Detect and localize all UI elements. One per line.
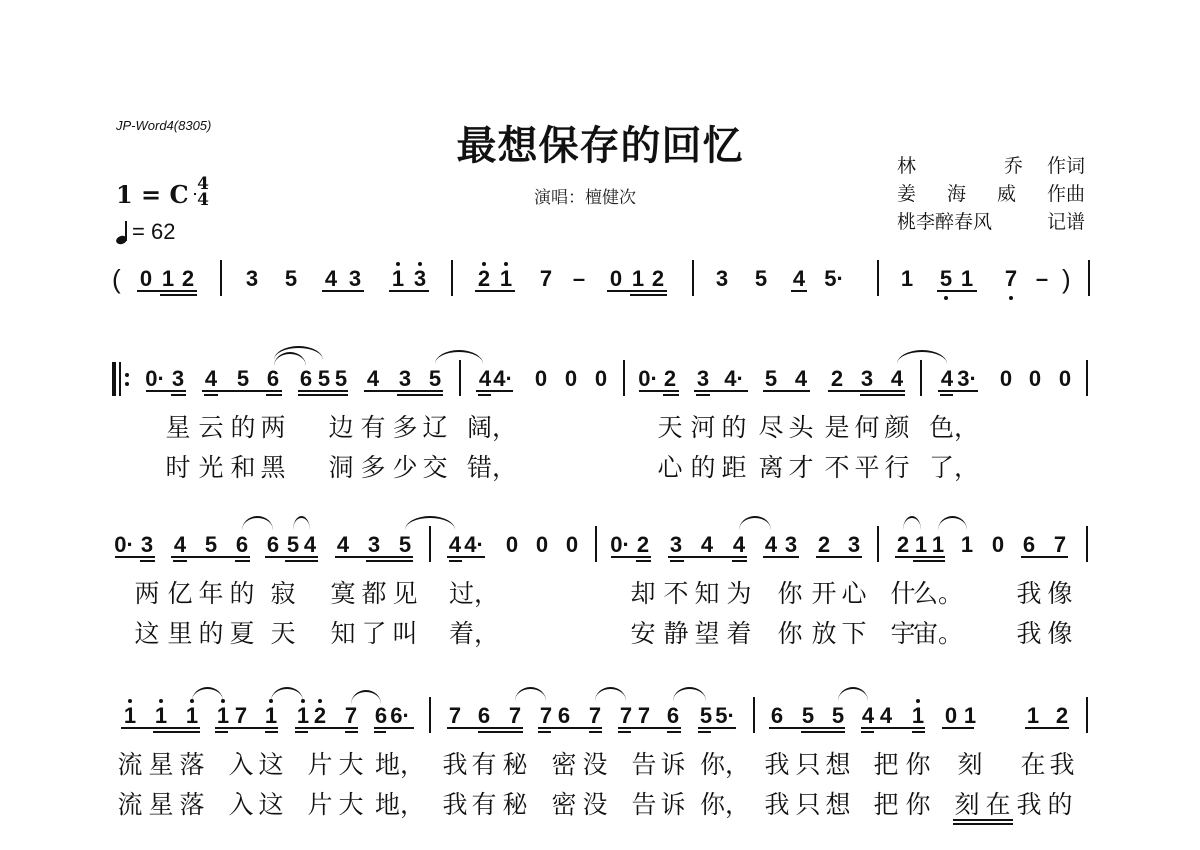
lyric-char: 下 [841, 614, 866, 650]
note: 6 [558, 705, 570, 727]
note: 5· [824, 268, 844, 290]
underline-beam [397, 394, 443, 396]
underline-beam [449, 560, 462, 562]
lyric-char: 色， [929, 408, 979, 444]
lyric-char: 把 [873, 785, 898, 821]
underline-beam [618, 727, 681, 729]
note: 5 [429, 368, 441, 390]
lyric-char: 像 [1047, 614, 1072, 650]
lyric-char: 望 [694, 614, 719, 650]
lyric-char: 我 [1049, 745, 1074, 781]
note: 5 [765, 368, 777, 390]
underline-beam [137, 290, 197, 292]
lyric-char: 诉 [660, 785, 685, 821]
note: 4 [891, 368, 903, 390]
barline [429, 697, 431, 733]
lyric-char: 告 [631, 785, 656, 821]
underline-beam [447, 556, 485, 558]
lyricist-role: 作词 [1047, 152, 1085, 180]
barline [877, 526, 879, 562]
note: 6 [267, 368, 279, 390]
underline-beam [476, 390, 513, 392]
note: – [573, 268, 585, 290]
note: 0· [145, 368, 165, 390]
lyric-char: 都 [361, 574, 386, 610]
lyric-char: 放 [811, 614, 836, 650]
note: 1 [932, 534, 944, 556]
barline [595, 526, 597, 562]
note: 0 [992, 534, 1004, 556]
underline-beam [913, 560, 945, 562]
note: 2 [314, 705, 326, 727]
underline-beam [589, 731, 602, 733]
underline-beam [763, 390, 810, 392]
underline-beam [937, 290, 977, 292]
underline-beam [538, 731, 551, 733]
barline [623, 360, 625, 396]
note: 0 [1059, 368, 1071, 390]
underline-beam [171, 556, 250, 558]
note: 6 [1023, 534, 1035, 556]
lyric-char: 有 [471, 745, 496, 781]
tie-slur [938, 516, 967, 530]
underline-beam [668, 556, 747, 558]
note: 4· [464, 534, 484, 556]
note: 4· [493, 368, 513, 390]
tempo-marking: = 62 [116, 219, 175, 245]
lyric-char: 亿 [167, 574, 192, 610]
tie-slur [293, 516, 310, 530]
note: 4 [701, 534, 713, 556]
lyric-char: 了 [361, 614, 386, 650]
underline-beam [265, 731, 278, 733]
note: 3 [246, 268, 258, 290]
lyric-char: 秘 [502, 745, 527, 781]
tie-slur [595, 687, 626, 701]
underline-beam [335, 556, 413, 558]
lyric-char: 寂 [270, 574, 295, 610]
lyric-underline [953, 823, 1013, 825]
underline-beam [801, 731, 845, 733]
lyric-char: 的 [198, 614, 223, 650]
underline-beam [215, 727, 278, 729]
lyric-char: 大 [338, 745, 363, 781]
lyric-char: 没 [582, 785, 607, 821]
note: 7 [235, 705, 247, 727]
lyric-char: 这 [258, 785, 283, 821]
underline-beam [121, 727, 200, 729]
underline-beam [861, 727, 925, 729]
underline-beam [636, 560, 651, 562]
note: 1 [265, 705, 277, 727]
underline-beam [298, 394, 348, 396]
note: 6 [667, 705, 679, 727]
note: 3· [957, 368, 977, 390]
lyric-char: 时 [165, 448, 190, 484]
barline [1086, 360, 1088, 396]
note: 6 [478, 705, 490, 727]
barline [877, 260, 879, 296]
lyric-char: 多 [360, 448, 385, 484]
lyric-char: 却 [630, 574, 655, 610]
underline-beam [295, 727, 358, 729]
composer-role: 作曲 [1047, 180, 1085, 208]
lyric-char: 里 [167, 614, 192, 650]
note: 6 [771, 705, 783, 727]
octave-down-dot [944, 296, 948, 300]
note: 5 [237, 368, 249, 390]
note: 3 [670, 534, 682, 556]
note: 2 [831, 368, 843, 390]
lyric-char: 秘 [502, 785, 527, 821]
underline-beam [140, 560, 155, 562]
lyric-char: 两 [134, 574, 159, 610]
note: 0 [1029, 368, 1041, 390]
lyric-char: 见 [392, 574, 417, 610]
barline [1088, 260, 1090, 296]
note: 4 [941, 368, 953, 390]
lyric-char: 的 [690, 448, 715, 484]
underline-beam [696, 394, 710, 396]
note: 4 [449, 534, 461, 556]
underline-beam [940, 394, 953, 396]
barline [451, 260, 453, 296]
lyric-char: 知 [330, 614, 355, 650]
note: 7 [509, 705, 521, 727]
note: 7 [589, 705, 601, 727]
lyric-char: 为 [726, 574, 751, 610]
underline-beam [235, 560, 250, 562]
underline-beam [322, 290, 364, 292]
lyric-char: 密 [551, 785, 576, 821]
octave-up-dot [916, 699, 920, 703]
note: 2 [182, 268, 194, 290]
lyric-char: 落 [179, 785, 204, 821]
underline-beam [791, 290, 807, 292]
barline [1086, 526, 1088, 562]
lyric-char: 星 [148, 745, 173, 781]
underline-beam [828, 390, 905, 392]
lyric-char: 洞 [328, 448, 353, 484]
lyric-char: 距 [721, 448, 746, 484]
note: 3 [172, 368, 184, 390]
note: 7 [540, 705, 552, 727]
lyric-char: 静 [663, 614, 688, 650]
lyric-char: 星 [148, 785, 173, 821]
lyric-char: 交 [422, 448, 447, 484]
lyric-char: 么。 [913, 574, 963, 610]
note: 2 [1056, 705, 1068, 727]
note: 1 [217, 705, 229, 727]
lyric-char: 你， [700, 745, 750, 781]
lyric-char: 地， [375, 745, 425, 781]
note: 2 [652, 268, 664, 290]
lyric-char: 你 [777, 574, 802, 610]
barline [692, 260, 694, 296]
note: 5 [832, 705, 844, 727]
tie-slur [435, 350, 483, 364]
note: 1 [961, 268, 973, 290]
note: 0· [610, 534, 630, 556]
lyric-char: 我 [442, 745, 467, 781]
lyric-char: 平 [854, 448, 879, 484]
note: 4 [733, 534, 745, 556]
lyric-char: 辽 [422, 408, 447, 444]
tie-slur [351, 690, 381, 704]
underline-beam [860, 394, 905, 396]
lyric-char: 河 [690, 408, 715, 444]
underline-beam [160, 294, 197, 296]
lyric-char: 的 [229, 574, 254, 610]
composer-name-2: 海 [947, 180, 966, 208]
note: 5 [399, 534, 411, 556]
lyric-char: 把 [873, 745, 898, 781]
composer-credit: 姜 海 威 作曲 [897, 180, 1085, 208]
note: 2 [818, 534, 830, 556]
underline-beam [732, 560, 747, 562]
note: 0 [595, 368, 607, 390]
underline-beam [618, 731, 631, 733]
octave-up-dot [482, 262, 486, 266]
underline-beam [861, 731, 874, 733]
note: 6 [375, 705, 387, 727]
underline-beam [667, 731, 681, 733]
lyric-char: 何 [854, 408, 879, 444]
note: 7 [345, 705, 357, 727]
underline-beam [202, 390, 282, 392]
note: 5 [700, 705, 712, 727]
lyric-char: 云 [198, 408, 223, 444]
note: 4 [205, 368, 217, 390]
lyric-char: 着 [726, 614, 751, 650]
tie-slur [405, 516, 455, 530]
note: 5 [755, 268, 767, 290]
underline-beam [146, 390, 186, 392]
lyric-char: 和 [230, 448, 255, 484]
note: 3 [848, 534, 860, 556]
tie-slur [271, 687, 303, 701]
lyric-char: 离 [758, 448, 783, 484]
lyric-char: 你 [905, 745, 930, 781]
lyric-char: 片 [307, 745, 332, 781]
underline-beam [215, 731, 228, 733]
lyric-char: 颜 [884, 408, 909, 444]
lyric-char: 我 [764, 785, 789, 821]
underline-beam [266, 394, 282, 396]
lyric-char: 年 [198, 574, 223, 610]
lyric-char: 入 [228, 745, 253, 781]
note: 0· [114, 534, 134, 556]
note: 1 [632, 268, 644, 290]
underline-beam [630, 294, 667, 296]
note: 6 [267, 534, 279, 556]
note: 1 [392, 268, 404, 290]
lyric-char: 想 [825, 745, 850, 781]
note: 3 [141, 534, 153, 556]
lyric-char: 像 [1047, 574, 1072, 610]
transcriber-name: 桃李醉春风 [897, 208, 992, 236]
note: 2 [478, 268, 490, 290]
tie-slur [903, 516, 921, 530]
note: 5 [940, 268, 952, 290]
key-signature: 1 = C [116, 180, 189, 209]
lyric-char: 知 [694, 574, 719, 610]
barline [459, 360, 461, 396]
note: 7 [540, 268, 552, 290]
note: 4 [795, 368, 807, 390]
underline-beam [663, 394, 679, 396]
note: 1 [500, 268, 512, 290]
lyric-char: 行 [884, 448, 909, 484]
lyric-char: 多 [392, 408, 417, 444]
underline-beam [298, 390, 348, 392]
note: 3 [716, 268, 728, 290]
note: 1 [912, 705, 924, 727]
note: 1 [186, 705, 198, 727]
lyric-char: 两 [260, 408, 285, 444]
underline-beam [171, 394, 186, 396]
note: 0· [638, 368, 658, 390]
lyric-char: 阔， [467, 408, 517, 444]
note: 1 [297, 705, 309, 727]
note: 7 [449, 705, 461, 727]
note: 3 [368, 534, 380, 556]
lyric-char: 有 [360, 408, 385, 444]
barline [1086, 697, 1088, 733]
underline-beam [366, 560, 413, 562]
tempo-value: = 62 [132, 219, 175, 245]
lyric-char: 的 [1047, 785, 1072, 821]
underline-beam [364, 390, 443, 392]
lyric-char: 这 [258, 745, 283, 781]
underline-beam [1025, 727, 1069, 729]
lyric-char: 少 [392, 448, 417, 484]
barline [920, 360, 922, 396]
underline-beam [475, 290, 515, 292]
note: 4 [765, 534, 777, 556]
note: 6 [300, 368, 312, 390]
note: 3 [785, 534, 797, 556]
lyric-char: 边 [328, 408, 353, 444]
octave-up-dot [318, 699, 322, 703]
note: 1 [901, 268, 913, 290]
underline-beam [769, 727, 845, 729]
spacer [940, 152, 980, 180]
lyric-char: 星 [165, 408, 190, 444]
underline-beam [478, 731, 523, 733]
note: 4 [367, 368, 379, 390]
repeat-thick-bar [112, 362, 116, 396]
lyric-char: 心 [841, 574, 866, 610]
underline-beam [173, 560, 187, 562]
lyric-char: 心 [657, 448, 682, 484]
lyric-char: 才 [788, 448, 813, 484]
note: 1 [1027, 705, 1039, 727]
underline-beam [1021, 556, 1068, 558]
transcriber-credit: 桃李醉春风 记谱 [897, 208, 1085, 236]
note: 1 [124, 705, 136, 727]
note: 0 [1000, 368, 1012, 390]
lyric-char: 寞 [330, 574, 355, 610]
octave-up-dot [159, 699, 163, 703]
lyric-char: 这 [134, 614, 159, 650]
note: 5 [802, 705, 814, 727]
note: 3 [861, 368, 873, 390]
underline-beam [115, 556, 155, 558]
close-paren: ) [1062, 264, 1071, 295]
lyric-char: 头 [788, 408, 813, 444]
lyric-char: 的 [721, 408, 746, 444]
credits-block: 林 乔 作词 姜 海 威 作曲 桃李醉春风 记谱 [897, 152, 1085, 236]
lyric-char: 不 [824, 448, 849, 484]
lyric-char: 刻 [957, 745, 982, 781]
underline-beam [694, 390, 748, 392]
underline-beam [670, 560, 684, 562]
lyric-char: 安 [630, 614, 655, 650]
note: 7 [1005, 268, 1017, 290]
underline-beam [938, 390, 978, 392]
tie-slur [739, 516, 771, 530]
lyric-char: 宙。 [913, 614, 963, 650]
note: 2 [637, 534, 649, 556]
note: 2 [897, 534, 909, 556]
note: 1 [155, 705, 167, 727]
underline-beam [639, 390, 679, 392]
lyric-char: 你 [905, 785, 930, 821]
lyric-char: 过， [449, 574, 499, 610]
underline-beam [538, 727, 602, 729]
octave-up-dot [396, 262, 400, 266]
underline-beam [763, 556, 799, 558]
barline [429, 526, 431, 562]
underline-beam [942, 727, 974, 729]
note: 4 [304, 534, 316, 556]
lyric-char: 我 [1016, 785, 1041, 821]
underline-beam [295, 731, 308, 733]
note: 4 [174, 534, 186, 556]
lyric-char: 只 [795, 785, 820, 821]
tie-slur [192, 687, 223, 701]
note: 2 [664, 368, 676, 390]
note: 7 [620, 705, 632, 727]
octave-up-dot [128, 699, 132, 703]
lyric-char: 刻 [954, 785, 979, 821]
underline-beam [153, 731, 200, 733]
singer-credit: 演唱：檀健次 [534, 183, 636, 208]
note: 5 [287, 534, 299, 556]
lyric-char: 落 [179, 745, 204, 781]
tie-slur [838, 687, 868, 701]
note: 4 [337, 534, 349, 556]
tie-slur [897, 350, 947, 364]
transcriber-role: 记谱 [1047, 208, 1085, 236]
lyric-char: 的 [230, 408, 255, 444]
note: – [1036, 268, 1048, 290]
underline-beam [912, 731, 925, 733]
lyricist-name-1: 林 [897, 152, 916, 180]
note: 4 [793, 268, 805, 290]
note: 6 [236, 534, 248, 556]
octave-up-dot [504, 262, 508, 266]
note: 1 [162, 268, 174, 290]
time-signature-bar [194, 193, 196, 195]
octave-up-dot [418, 262, 422, 266]
note: 3 [697, 368, 709, 390]
tie-slur [673, 687, 706, 701]
tie-slur [242, 516, 273, 530]
repeat-dot [125, 373, 129, 377]
note: 3 [399, 368, 411, 390]
